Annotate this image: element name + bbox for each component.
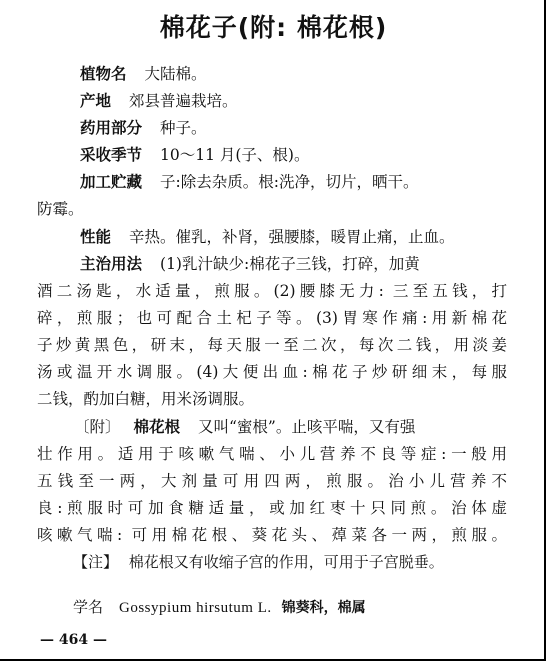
note-label: 【注】 [73,553,118,571]
appendix-line: 良:煎服时可加食糖适量，或加红枣十只同煎。治体虚 [37,498,507,518]
page-title: 棉花子(附: 棉花根) [0,8,547,44]
field-label: 性能 [80,228,111,246]
field-processing: 加工贮藏子:除去杂质。根:洗净，切片，晒干。 [80,172,507,192]
field-label: 药用部分 [80,119,142,137]
field-value: 子:除去杂质。根:洗净，切片，晒干。 [160,173,418,191]
field-harvest: 采收季节10～11 月(子、根)。 [80,145,507,165]
document-page: 棉花子(附: 棉花根) 植物名大陆棉。 产地郊县普遍栽培。 药用部分种子。 采收… [0,0,546,661]
appendix-bracket: 〔附〕 [74,418,121,436]
field-value: 10～11 月(子、根)。 [160,146,309,164]
field-usage: 主治用法(1)乳汁缺少:棉花子三钱，打碎，加黄 [80,254,507,274]
appendix-line: 五钱至一两，大剂量可用四两，煎服。治小儿营养不 [37,471,507,491]
usage-line: 汤或温开水调服。(4)大便出血:棉花子炒研细末，每服 [37,362,507,382]
field-label: 加工贮藏 [80,173,142,191]
usage-line: 子炒黄黑色，研末，每天服一至二次，每次二钱，用淡姜 [37,335,507,355]
usage-line: 酒二汤匙，水适量，煎服。(2)腰膝无力: 三至五钱，打 [37,281,507,301]
note: 【注】 棉花根又有收缩子宫的作用，可用于子宫脱垂。 [73,552,444,572]
scientific-name: 学名Gossypium hirsutum L.锦葵科，棉属 [73,596,366,617]
latin-name: Gossypium hirsutum L. [119,600,272,616]
field-value: 辛热。催乳，补肾，强腰膝，暖胃止痛，止血。 [129,228,455,246]
field-label: 产地 [80,92,111,110]
appendix-line: 又叫“蜜根”。止咳平喘，又有强 [198,418,415,436]
appendix-line: 咳嗽气喘: 可用棉花根、葵花头、蔊菜各一两，煎服。 [37,525,507,545]
field-processing-continuation: 防霉。 [37,199,507,219]
field-value: 种子。 [160,119,207,137]
field-label: 采收季节 [80,146,142,164]
field-value: 郊县普遍栽培。 [129,92,238,110]
usage-line: 二钱，酌加白糖，用米汤调服。 [37,389,507,409]
family-genus: 锦葵科，棉属 [282,600,366,616]
field-origin: 产地郊县普遍栽培。 [80,91,507,111]
appendix-label: 棉花根 [133,418,180,436]
usage-line: 碎，煎服；也可配合土杞子等。(3)胃寒作痛:用新棉花 [37,308,507,328]
usage-line: (1)乳汁缺少:棉花子三钱，打碎，加黄 [160,255,420,273]
field-value: 大陆棉。 [145,65,207,83]
field-label: 主治用法 [80,255,142,273]
appendix-line: 壮作用。适用于咳嗽气喘、小儿营养不良等症:一般用 [37,444,507,464]
field-properties: 性能辛热。催乳，补肾，强腰膝，暖胃止痛，止血。 [80,227,507,247]
field-plant-name: 植物名大陆棉。 [80,64,507,84]
page-number: — 464 — [40,632,107,648]
field-label: 植物名 [80,65,127,83]
field-medicinal-part: 药用部分种子。 [80,118,507,138]
note-text: 棉花根又有收缩子宫的作用，可用于子宫脱垂。 [129,553,444,571]
appendix-section: 〔附〕 棉花根又叫“蜜根”。止咳平喘，又有强 [74,417,501,437]
scientific-name-label: 学名 [73,598,103,616]
